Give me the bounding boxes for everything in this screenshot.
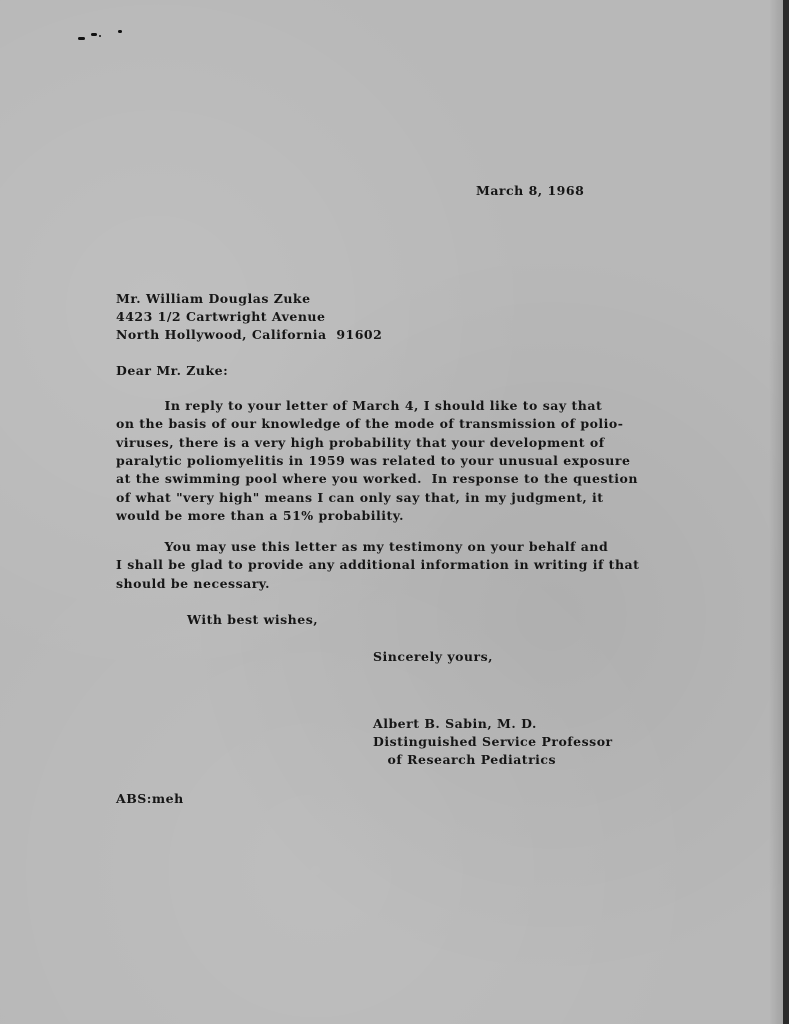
page-shadow bbox=[769, 0, 783, 1024]
scan-edge bbox=[783, 0, 789, 1024]
signature-title-line2: of Research Pediatrics bbox=[373, 750, 556, 770]
signature-name: Albert B. Sabin, M. D. bbox=[373, 714, 537, 734]
paragraph-line: on the basis of our knowledge of the mod… bbox=[116, 414, 623, 434]
letter-page: March 8, 1968 Mr. William Douglas Zuke 4… bbox=[0, 0, 789, 1024]
paragraph-line: at the swimming pool where you worked. I… bbox=[116, 469, 638, 489]
paragraph-line: should be necessary. bbox=[116, 574, 270, 594]
paragraph-line: viruses, there is a very high probabilit… bbox=[116, 433, 605, 453]
reference-initials: ABS:meh bbox=[116, 789, 184, 809]
paragraph-line: paralytic poliomyelitis in 1959 was rela… bbox=[116, 451, 630, 471]
signature-title-line1: Distinguished Service Professor bbox=[373, 732, 613, 752]
letter-date: March 8, 1968 bbox=[476, 183, 584, 198]
paragraph-line: In reply to your letter of March 4, I sh… bbox=[116, 396, 602, 416]
paragraph-line: I shall be glad to provide any additiona… bbox=[116, 555, 639, 575]
closing: Sincerely yours, bbox=[373, 647, 493, 667]
closing-wish: With best wishes, bbox=[187, 610, 318, 630]
paragraph-line: would be more than a 51% probability. bbox=[116, 506, 404, 526]
paragraph-line: of what "very high" means I can only say… bbox=[116, 488, 604, 508]
recipient-address-line1: 4423 1/2 Cartwright Avenue bbox=[116, 307, 325, 327]
paragraph-line: You may use this letter as my testimony … bbox=[116, 537, 608, 557]
salutation: Dear Mr. Zuke: bbox=[116, 361, 228, 381]
recipient-address-line2: North Hollywood, California 91602 bbox=[116, 325, 382, 345]
recipient-name: Mr. William Douglas Zuke bbox=[116, 289, 311, 309]
